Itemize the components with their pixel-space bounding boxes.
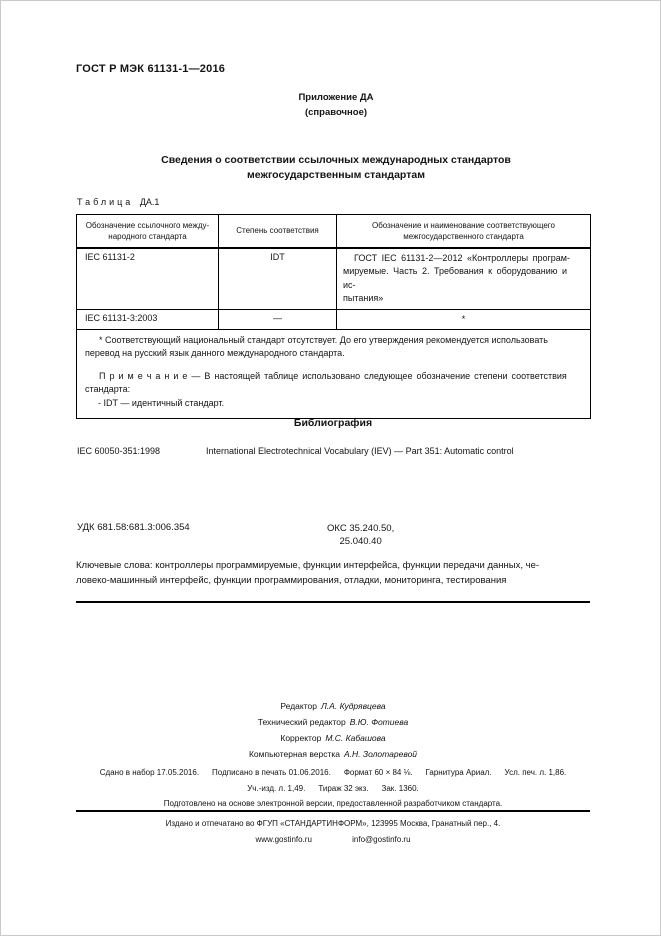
bibliography-entry-text: International Electrotechnical Vocabular… (206, 446, 514, 456)
cell-reference-standard: IEC 61131-2 (77, 248, 219, 310)
section-title: Сведения о соответствии ссылочных междун… (76, 153, 596, 183)
credits-block: РедакторЛ.А. Кудрявцева Технический реда… (76, 698, 590, 762)
publisher-block: Издано и отпечатано во ФГУП «СТАНДАРТИНФ… (59, 816, 607, 848)
annex-title: Приложение ДА (76, 90, 596, 105)
annex-heading: Приложение ДА (справочное) (76, 90, 596, 120)
imprint-line-2: Уч.-изд. л. 1,49.Тираж 32 экз.Зак. 1360. (59, 781, 607, 797)
credit-technical-editor: Технический редакторВ.Ю. Фотиева (76, 714, 590, 730)
header-reference-standard: Обозначение ссылочного между- народного … (77, 215, 219, 248)
imprint-line-1: Сдано в набор 17.05.2016.Подписано в печ… (59, 765, 607, 781)
publisher-website: www.gostinfo.ru (255, 835, 311, 844)
correspondence-table: Обозначение ссылочного между- народного … (76, 214, 591, 419)
credit-layout: Компьютерная версткаА.Н. Золотаревой (76, 746, 590, 762)
publisher-divider (76, 810, 590, 812)
table-footnote-row: * Соответствующий национальный стандарт … (77, 330, 591, 419)
bibliography-entry: IEC 60050-351:1998 International Electro… (77, 446, 591, 456)
table-row: IEC 61131-2 IDT ГОСТ IEC 61131-2—2012 «К… (77, 248, 591, 310)
bibliography-entry-ref: IEC 60050-351:1998 (77, 446, 206, 456)
udk-code: УДК 681.58:681.3:006.354 (77, 522, 190, 533)
oks-code: ОКС 35.240.50, 25.040.40 (327, 522, 394, 548)
table-note: П р и м е ч а н и е — В настоящей таблиц… (85, 370, 582, 396)
table-caption: Таблица ДА.1 (77, 197, 159, 207)
table-row: IEC 61131-3:2003 — * (77, 309, 591, 330)
classification-codes: УДК 681.58:681.3:006.354 ОКС 35.240.50, … (77, 522, 591, 533)
cell-degree: IDT (219, 248, 337, 310)
keywords-paragraph: Ключевые слова: контроллеры программируе… (76, 558, 593, 588)
table-header-row: Обозначение ссылочного между- народного … (77, 215, 591, 248)
credit-editor: РедакторЛ.А. Кудрявцева (76, 698, 590, 714)
table-caption-number: ДА.1 (140, 197, 160, 207)
cell-matching-standard: * (337, 309, 591, 330)
header-matching-standard: Обозначение и наименование соответствующ… (337, 215, 591, 248)
table-caption-label: Таблица (77, 197, 133, 207)
publisher-address: Издано и отпечатано во ФГУП «СТАНДАРТИНФ… (59, 816, 607, 832)
document-page: ГОСТ Р МЭК 61131-1—2016 Приложение ДА (с… (0, 0, 661, 936)
table-footnote: * Соответствующий национальный стандарт … (85, 334, 582, 360)
table-note-item: - IDT — идентичный стандарт. (85, 397, 582, 410)
annex-type: (справочное) (76, 105, 596, 120)
header-degree-of-correspondence: Степень соответствия (219, 215, 337, 248)
table-footnote-cell: * Соответствующий национальный стандарт … (77, 330, 591, 419)
colophon-top-divider (76, 601, 590, 603)
cell-degree: — (219, 309, 337, 330)
publisher-contacts: www.gostinfo.ru info@gostinfo.ru (59, 832, 607, 848)
bibliography-title: Библиография (76, 417, 590, 429)
doc-number: ГОСТ Р МЭК 61131-1—2016 (76, 63, 225, 75)
cell-matching-standard: ГОСТ IEC 61131-2—2012 «Контроллеры прогр… (337, 248, 591, 310)
imprint-block: Сдано в набор 17.05.2016.Подписано в печ… (59, 765, 607, 812)
cell-reference-standard: IEC 61131-3:2003 (77, 309, 219, 330)
credit-proofreader: КорректорМ.С. Кабашова (76, 730, 590, 746)
publisher-email: info@gostinfo.ru (352, 835, 410, 844)
